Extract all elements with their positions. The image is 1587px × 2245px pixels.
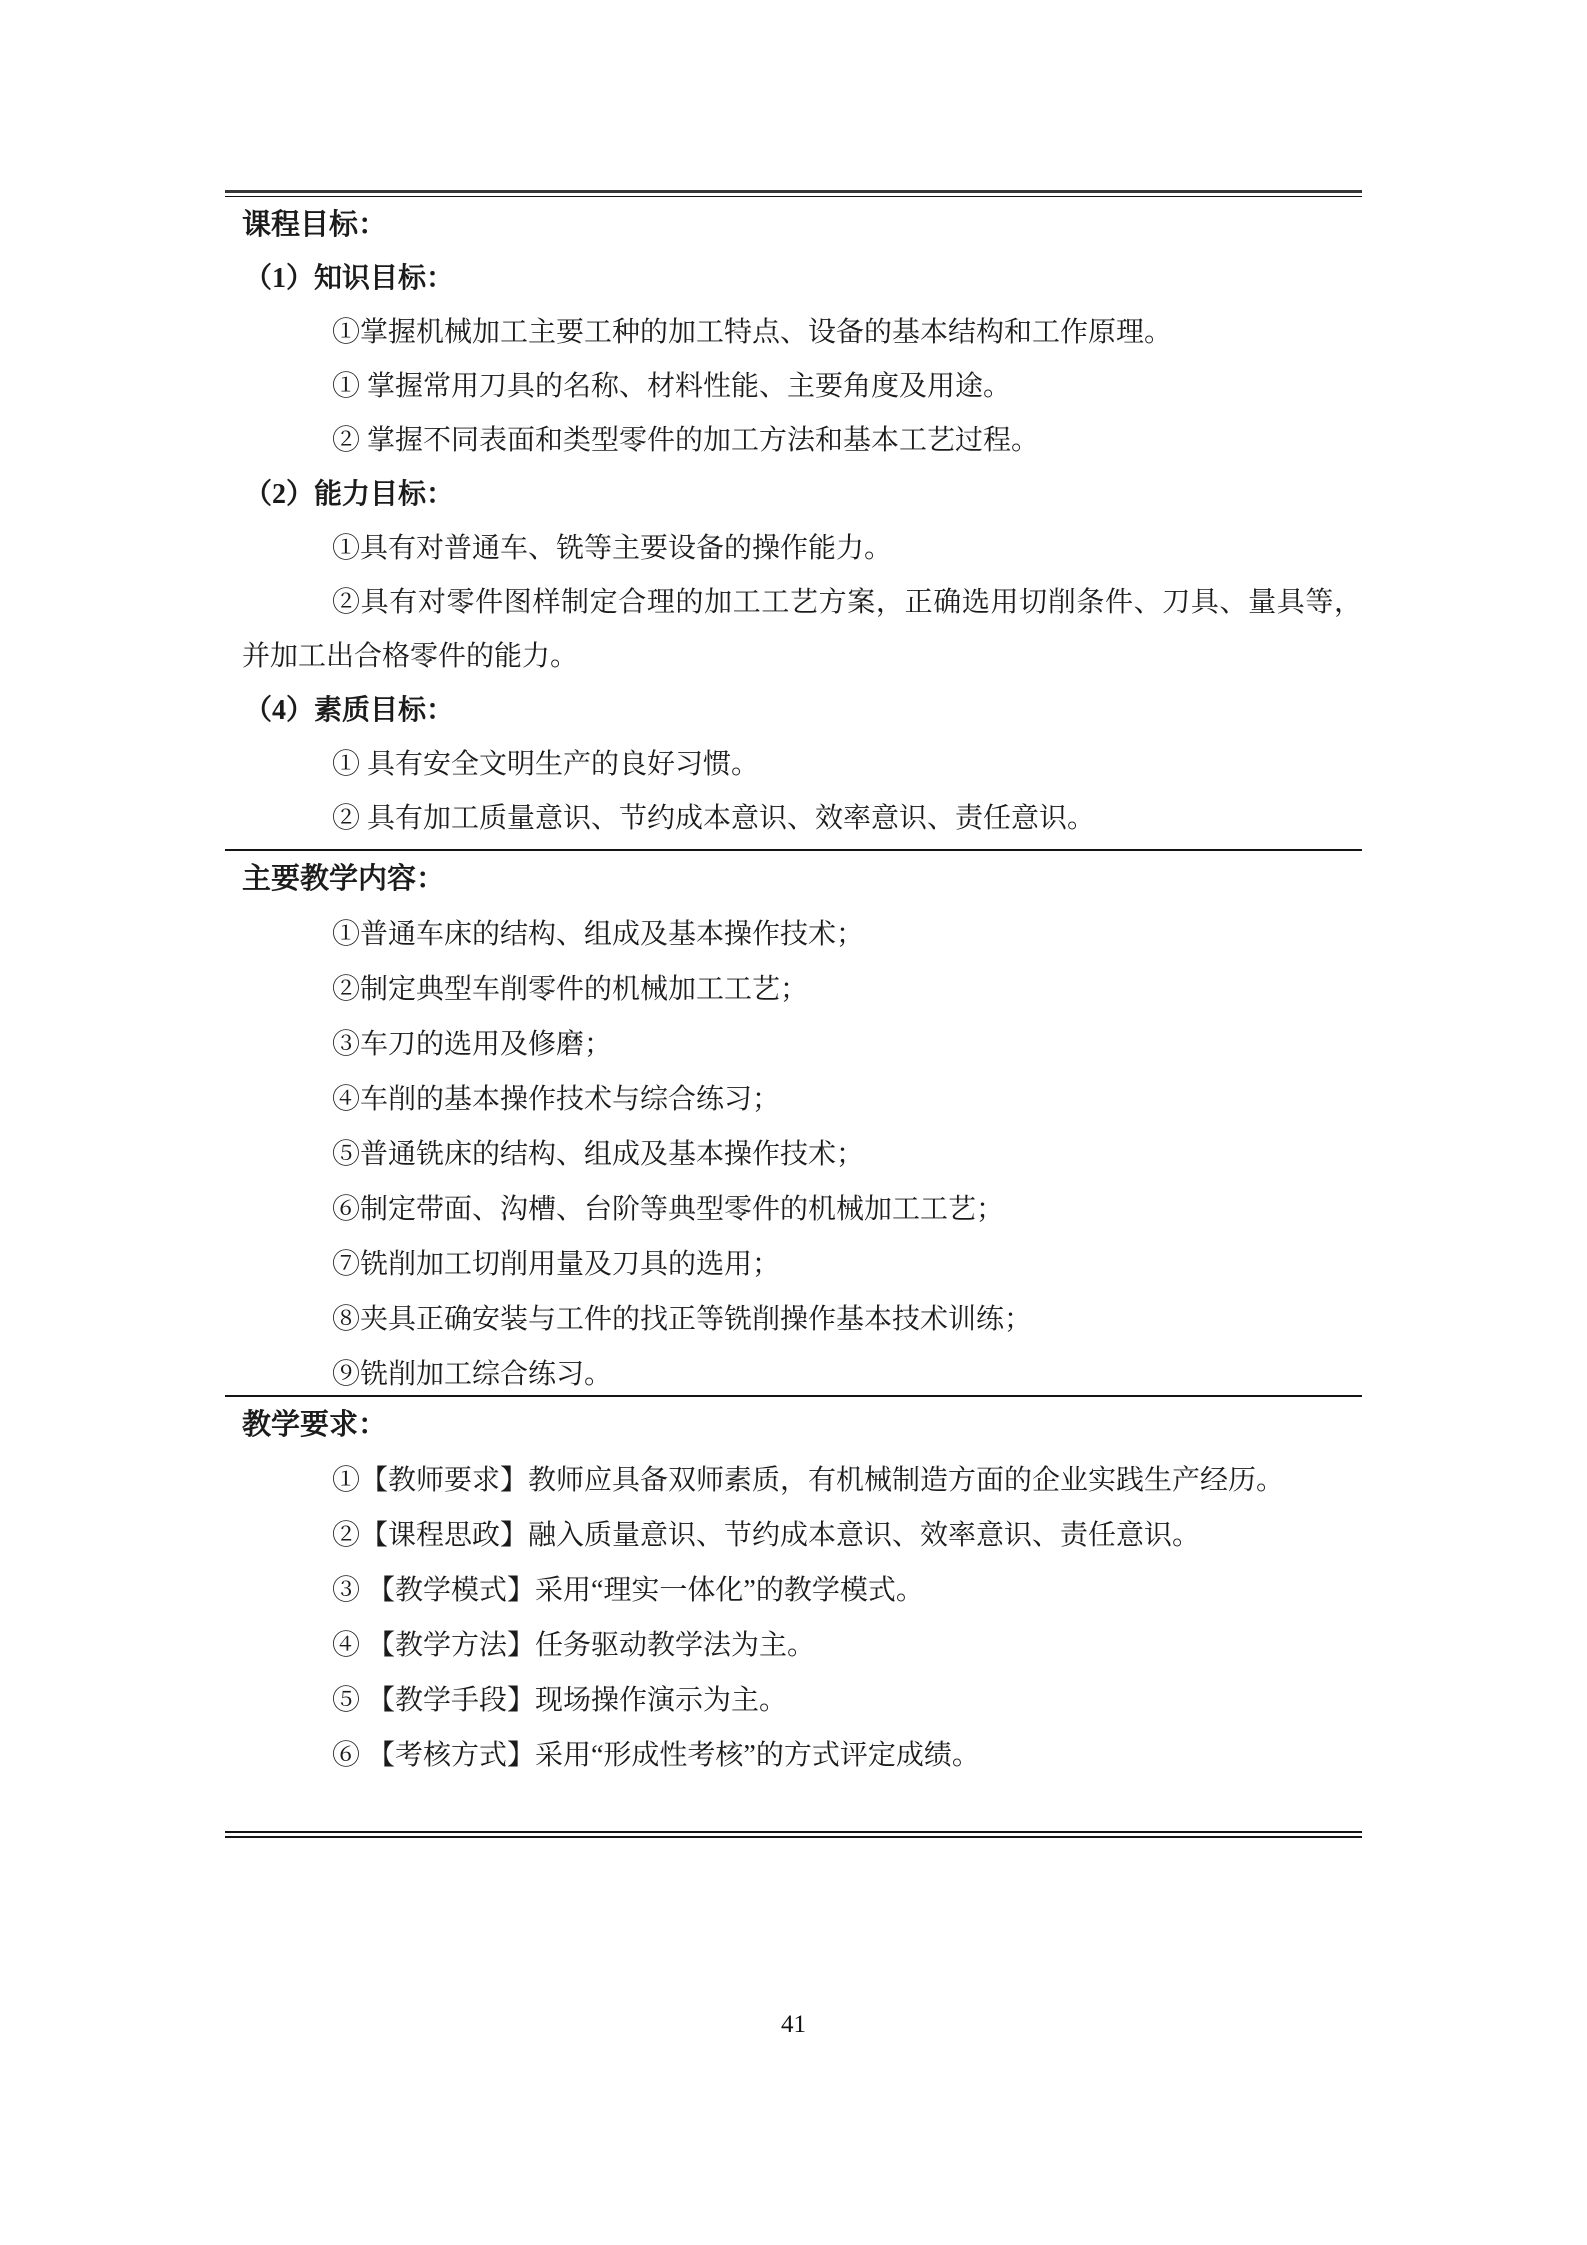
top-double-rule [225,190,1362,197]
knowledge-objective-item: ② 掌握不同表面和类型零件的加工方法和基本工艺过程。 [242,414,1362,468]
section-teaching-requirements: 教学要求： ①【教师要求】教师应具备双师素质，有机械制造方面的企业实践生产经历。… [225,1398,1362,1783]
teaching-requirement-item: ③ 【教学模式】采用“理实一体化”的教学模式。 [242,1563,1362,1618]
teaching-requirement-item: ⑥ 【考核方式】采用“形成性考核”的方式评定成绩。 [242,1728,1362,1783]
teaching-content-item: ⑤普通铣床的结构、组成及基本操作技术； [242,1127,1362,1182]
knowledge-objectives-heading: （1）知识目标： [242,252,1362,306]
teaching-content-item: ②制定典型车削零件的机械加工工艺； [242,962,1362,1017]
teaching-content-title: 主要教学内容： [242,852,1362,907]
teaching-content-item: ⑧夹具正确安装与工件的找正等铣削操作基本技术训练； [242,1292,1362,1347]
teaching-content-item: ③车刀的选用及修磨； [242,1017,1362,1072]
teaching-content-item: ④车削的基本操作技术与综合练习； [242,1072,1362,1127]
teaching-requirement-item: ①【教师要求】教师应具备双师素质，有机械制造方面的企业实践生产经历。 [242,1453,1362,1508]
knowledge-objective-item: ①掌握机械加工主要工种的加工特点、设备的基本结构和工作原理。 [242,306,1362,360]
knowledge-objective-item: ① 掌握常用刀具的名称、材料性能、主要角度及用途。 [242,360,1362,414]
teaching-requirement-item: ④ 【教学方法】任务驱动教学法为主。 [242,1618,1362,1673]
page-number: 41 [0,2005,1587,2045]
teaching-requirement-item: ⑤ 【教学手段】现场操作演示为主。 [242,1673,1362,1728]
section-teaching-content: 主要教学内容： ①普通车床的结构、组成及基本操作技术； ②制定典型车削零件的机械… [225,852,1362,1402]
teaching-content-item: ⑨铣削加工综合练习。 [242,1347,1362,1402]
ability-objective-item: ②具有对零件图样制定合理的加工工艺方案，正确选用切削条件、刀具、量具等，并加工出… [242,576,1362,684]
divider-rule-teaching-content [225,849,1362,851]
teaching-content-item: ①普通车床的结构、组成及基本操作技术； [242,907,1362,962]
ability-objective-item: ①具有对普通车、铣等主要设备的操作能力。 [242,522,1362,576]
bottom-double-rule [225,1831,1362,1838]
teaching-content-item: ⑦铣削加工切削用量及刀具的选用； [242,1237,1362,1292]
teaching-content-item: ⑥制定带面、沟槽、台阶等典型零件的机械加工工艺； [242,1182,1362,1237]
teaching-requirement-item: ②【课程思政】融入质量意识、节约成本意识、效率意识、责任意识。 [242,1508,1362,1563]
section-course-objectives: 课程目标： （1）知识目标： ①掌握机械加工主要工种的加工特点、设备的基本结构和… [225,198,1362,846]
ability-objectives-heading: （2）能力目标： [242,468,1362,522]
teaching-requirements-title: 教学要求： [242,1398,1362,1453]
quality-objective-item: ① 具有安全文明生产的良好习惯。 [242,738,1362,792]
course-objectives-title: 课程目标： [242,198,1362,252]
quality-objective-item: ② 具有加工质量意识、节约成本意识、效率意识、责任意识。 [242,792,1362,846]
document-page: 课程目标： （1）知识目标： ①掌握机械加工主要工种的加工特点、设备的基本结构和… [0,0,1587,2245]
quality-objectives-heading: （4）素质目标： [242,684,1362,738]
